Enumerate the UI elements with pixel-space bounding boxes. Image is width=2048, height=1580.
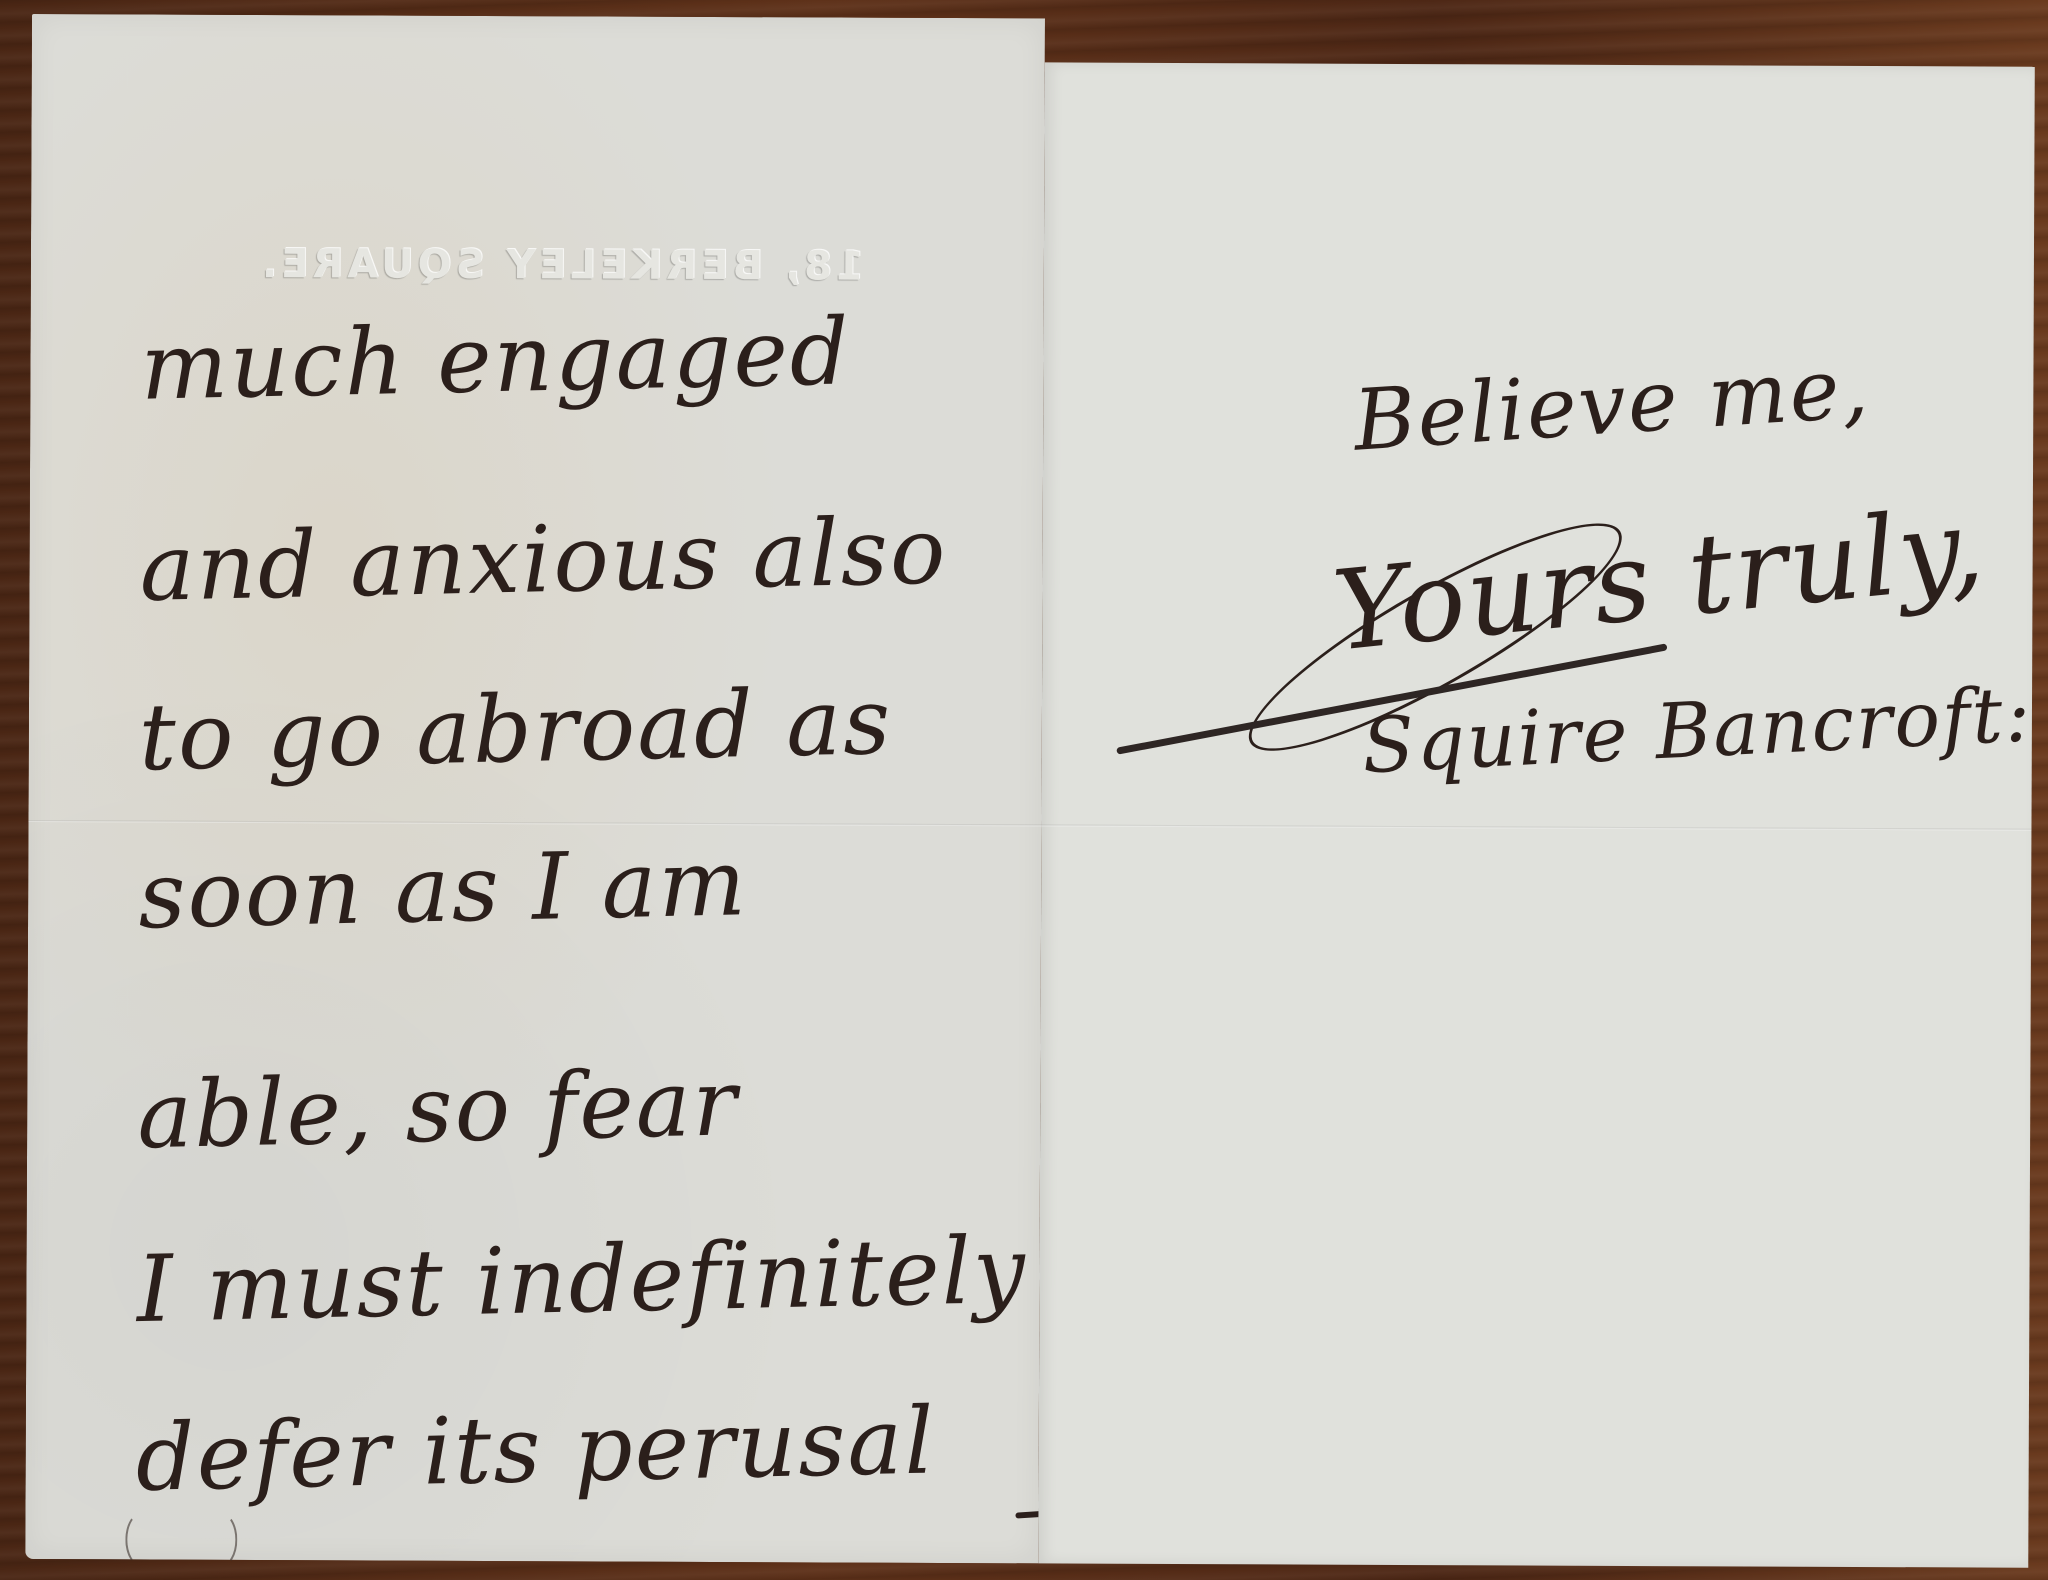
- right-page: Believe me, Yours truly, Squire Bancroft…: [1038, 62, 2035, 1567]
- handwritten-line: defer its perusal: [135, 1387, 937, 1511]
- left-page: 18, BERKELEY SQUARE. much engaged and an…: [25, 14, 1045, 1563]
- horizontal-fold: [28, 820, 1041, 826]
- handwritten-line: soon as I am: [137, 829, 749, 949]
- pencil-mark: [205, 1513, 237, 1567]
- letter-sheet: 18, BERKELEY SQUARE. much engaged and an…: [25, 14, 2038, 1568]
- handwritten-line: to go abroad as: [138, 668, 893, 791]
- handwritten-line: I must indefinitely: [135, 1217, 1028, 1343]
- handwritten-line: much engaged: [139, 298, 851, 420]
- embossed-letterhead: 18, BERKELEY SQUARE.: [241, 241, 881, 290]
- horizontal-fold: [1041, 824, 2031, 830]
- pencil-mark: [125, 1512, 157, 1566]
- handwritten-line: able, so fear: [136, 1049, 739, 1169]
- handwritten-line: and anxious also: [139, 497, 949, 622]
- closing-line: Believe me,: [1351, 338, 1873, 470]
